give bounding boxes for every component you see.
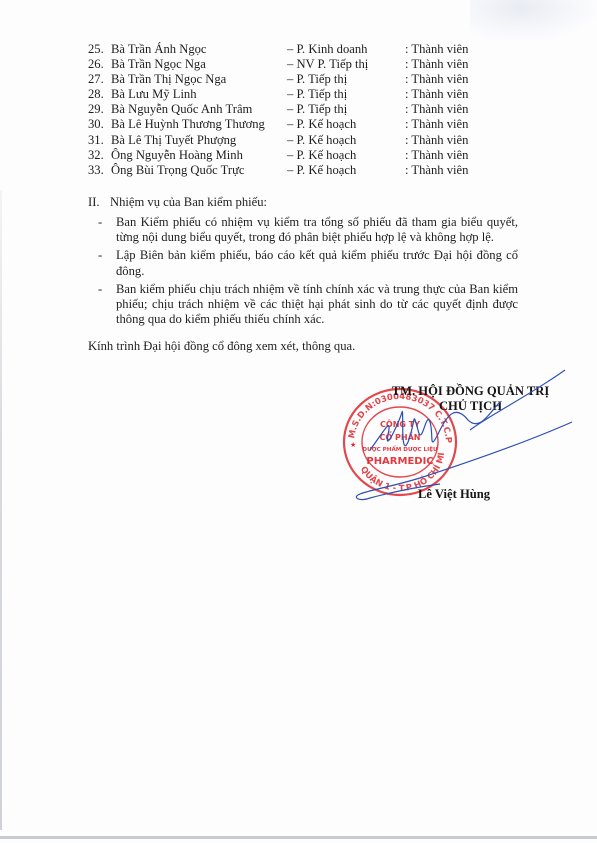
member-number: 28. <box>88 87 104 102</box>
bullet-dash: - <box>98 248 102 263</box>
member-role: : Thành viên <box>405 72 468 87</box>
member-department: – NV P. Tiếp thị <box>287 57 368 72</box>
duty-text: Ban kiểm phiếu chịu trách nhiệm về tính … <box>116 282 518 326</box>
member-number: 32. <box>88 148 104 163</box>
member-role: : Thành viên <box>405 42 468 57</box>
signatory-position: CHỦ TỊCH <box>378 399 563 414</box>
member-number: 25. <box>88 42 104 57</box>
member-number: 29. <box>88 102 104 117</box>
duty-text: Lập Biên bản kiểm phiếu, báo cáo kết quả… <box>116 248 518 277</box>
member-role: : Thành viên <box>405 87 468 102</box>
bullet-dash: - <box>98 282 102 297</box>
member-number: 31. <box>88 133 104 148</box>
member-department: – P. Tiếp thị <box>287 72 347 87</box>
member-number: 30. <box>88 117 104 132</box>
member-department: – P. Kế hoạch <box>287 148 356 163</box>
signatory-organization: TM. HỘI ĐỒNG QUẢN TRỊ <box>378 384 563 399</box>
closing-statement: Kính trình Đại hội đồng cổ đông xem xét,… <box>88 339 355 354</box>
member-role: : Thành viên <box>405 57 468 72</box>
svg-text:★: ★ <box>350 441 356 449</box>
member-name: Bà Trần Thị Ngọc Nga <box>111 72 226 87</box>
member-name: Bà Lê Huỳnh Thương Thương <box>111 117 265 132</box>
section-heading: II. Nhiệm vụ của Ban kiểm phiếu: <box>88 195 518 212</box>
section-title: Nhiệm vụ của Ban kiểm phiếu: <box>110 195 267 210</box>
page-left-edge <box>0 190 2 830</box>
member-department: – P. Kinh doanh <box>287 42 367 57</box>
section-number: II. <box>88 195 100 210</box>
member-department: – P. Tiếp thị <box>287 102 347 117</box>
member-number: 27. <box>88 72 104 87</box>
svg-text:CÔNG TY: CÔNG TY <box>380 418 420 429</box>
member-department: – P. Kế hoạch <box>287 163 356 178</box>
scan-shadow <box>470 0 597 40</box>
member-department: – P. Kế hoạch <box>287 117 356 132</box>
member-name: Bà Lưu Mỹ Linh <box>111 87 197 102</box>
member-name: Bà Trần Ánh Ngọc <box>111 42 207 57</box>
member-role: : Thành viên <box>405 117 468 132</box>
svg-text:PHARMEDIC: PHARMEDIC <box>366 456 433 467</box>
member-number: 33. <box>88 163 104 178</box>
duty-item: -Lập Biên bản kiểm phiếu, báo cáo kết qu… <box>88 248 518 278</box>
member-role: : Thành viên <box>405 163 468 178</box>
page-bottom-edge <box>0 836 597 839</box>
duty-item: -Ban Kiểm phiếu có nhiệm vụ kiểm tra tổn… <box>88 215 518 245</box>
member-department: – P. Tiếp thị <box>287 87 347 102</box>
svg-text:CỔ PHẦN: CỔ PHẦN <box>380 430 421 442</box>
member-role: : Thành viên <box>405 148 468 163</box>
duties-section: II. Nhiệm vụ của Ban kiểm phiếu: -Ban Ki… <box>88 195 518 327</box>
member-name: Ông Nguyễn Hoàng Minh <box>111 148 243 163</box>
member-department: – P. Kế hoạch <box>287 133 356 148</box>
member-role: : Thành viên <box>405 102 468 117</box>
member-name: Bà Lê Thị Tuyết Phượng <box>111 133 236 148</box>
document-page: 25.Bà Trần Ánh Ngọc– P. Kinh doanh: Thàn… <box>0 0 597 843</box>
signature-block-title: TM. HỘI ĐỒNG QUẢN TRỊ CHỦ TỊCH <box>378 384 563 415</box>
member-number: 26. <box>88 57 104 72</box>
member-name: Bà Nguyễn Quốc Anh Trâm <box>111 102 252 117</box>
duties-list: -Ban Kiểm phiếu có nhiệm vụ kiểm tra tổn… <box>88 215 518 327</box>
duty-text: Ban Kiểm phiếu có nhiệm vụ kiểm tra tổng… <box>116 215 518 244</box>
duty-item: -Ban kiểm phiếu chịu trách nhiệm về tính… <box>88 282 518 328</box>
member-role: : Thành viên <box>405 133 468 148</box>
signatory-name: Lê Việt Hùng <box>418 487 490 502</box>
member-name: Ông Bùi Trọng Quốc Trực <box>111 163 245 178</box>
svg-text:DƯỢC PHẨM DƯỢC LIỆU: DƯỢC PHẨM DƯỢC LIỆU <box>362 445 438 453</box>
member-name: Bà Trần Ngọc Nga <box>111 57 206 72</box>
bullet-dash: - <box>98 215 102 230</box>
